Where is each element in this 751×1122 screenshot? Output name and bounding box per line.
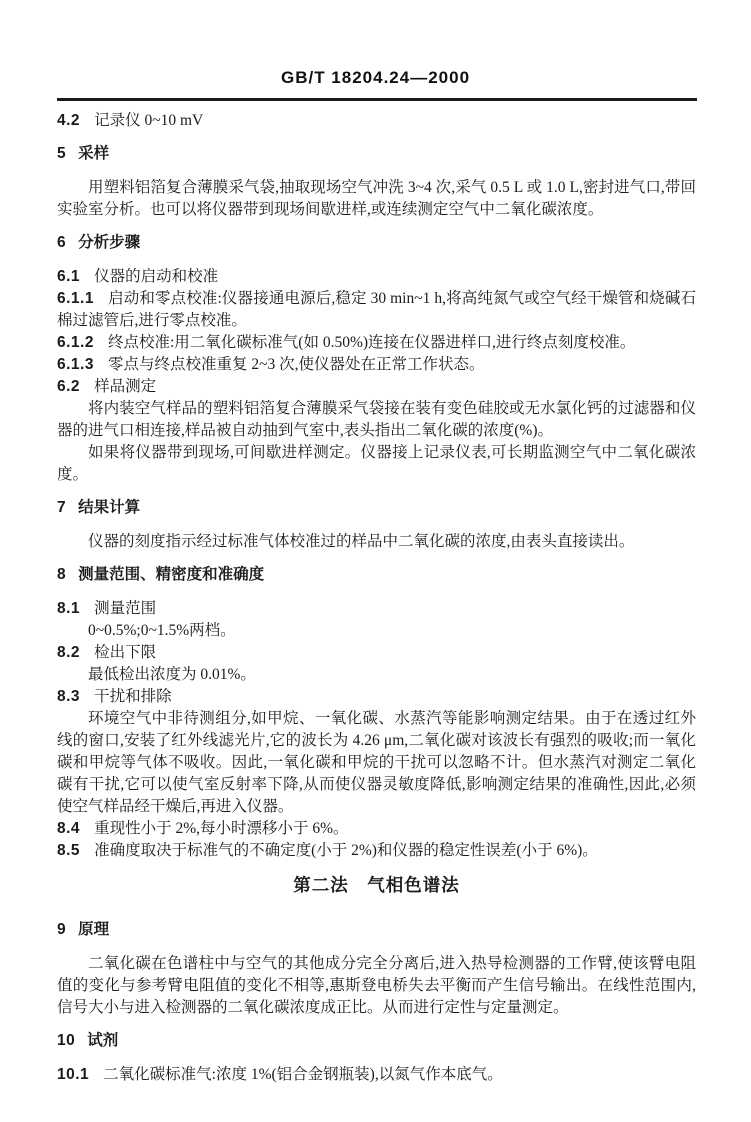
section-title: 采样 <box>78 145 109 162</box>
standard-number-header: GB/T 18204.24—2000 <box>0 68 751 88</box>
section-heading-9: 9原理 <box>57 919 696 941</box>
document-body: 4.2记录仪 0~10 mV 5采样 用塑料铝箔复合薄膜采气袋,抽取现场空气冲洗… <box>57 110 696 1086</box>
paragraph: 仪器的刻度指示经过标准气体校准过的样品中二氧化碳的浓度,由表头直接读出。 <box>57 531 696 553</box>
section-heading-7: 7结果计算 <box>57 497 696 519</box>
section-heading-8: 8测量范围、精密度和准确度 <box>57 564 696 586</box>
clause-number: 8.5 <box>57 842 80 859</box>
paragraph: 用塑料铝箔复合薄膜采气袋,抽取现场空气冲洗 3~4 次,采气 0.5 L 或 1… <box>57 177 696 221</box>
clause-text: 测量范围 <box>94 600 156 617</box>
clause-4-2: 4.2记录仪 0~10 mV <box>57 110 696 132</box>
clause-number: 10.1 <box>57 1066 89 1083</box>
clause-number: 6.1.2 <box>57 334 94 351</box>
paragraph: 如果将仪器带到现场,可间歇进样测定。仪器接上记录仪表,可长期监测空气中二氧化碳浓… <box>57 442 696 486</box>
section-heading-5: 5采样 <box>57 143 696 165</box>
clause-text: 干扰和排除 <box>94 688 172 705</box>
paragraph: 最低检出浓度为 0.01%。 <box>57 664 696 686</box>
clause-text: 检出下限 <box>94 644 156 661</box>
clause-number: 6.1 <box>57 268 80 285</box>
clause-6-1-1: 6.1.1启动和零点校准:仪器接通电源后,稳定 30 min~1 h,将高纯氮气… <box>57 288 696 332</box>
section-title: 测量范围、精密度和准确度 <box>78 566 264 583</box>
clause-text: 零点与终点校准重复 2~3 次,使仪器处在正常工作状态。 <box>108 356 485 373</box>
clause-8-5: 8.5准确度取决于标准气的不确定度(小于 2%)和仪器的稳定性误差(小于 6%)… <box>57 840 696 862</box>
clause-8-4: 8.4重现性小于 2%,每小时漂移小于 6%。 <box>57 818 696 840</box>
clause-number: 8.4 <box>57 820 80 837</box>
clause-number: 6.1.1 <box>57 290 94 307</box>
clause-text: 准确度取决于标准气的不确定度(小于 2%)和仪器的稳定性误差(小于 6%)。 <box>94 842 598 859</box>
clause-text: 样品测定 <box>94 378 156 395</box>
section-number: 7 <box>57 499 66 516</box>
clause-8-2: 8.2检出下限 <box>57 642 696 664</box>
section-title: 原理 <box>78 921 109 938</box>
clause-number: 4.2 <box>57 112 80 129</box>
clause-8-1: 8.1测量范围 <box>57 598 696 620</box>
document-page: GB/T 18204.24—2000 4.2记录仪 0~10 mV 5采样 用塑… <box>0 0 751 1122</box>
clause-10-1: 10.1二氧化碳标准气:浓度 1%(铝合金钢瓶装),以氮气作本底气。 <box>57 1064 696 1086</box>
clause-number: 8.3 <box>57 688 80 705</box>
header-rule <box>57 98 697 101</box>
clause-6-1: 6.1仪器的启动和校准 <box>57 266 696 288</box>
clause-text: 二氧化碳标准气:浓度 1%(铝合金钢瓶装),以氮气作本底气。 <box>103 1066 503 1083</box>
clause-number: 6.1.3 <box>57 356 94 373</box>
clause-text: 重现性小于 2%,每小时漂移小于 6%。 <box>94 820 348 837</box>
section-number: 9 <box>57 921 66 938</box>
section-title: 试剂 <box>87 1032 118 1049</box>
clause-text: 记录仪 0~10 mV <box>94 112 203 129</box>
section-heading-6: 6分析步骤 <box>57 232 696 254</box>
clause-text: 仪器的启动和校准 <box>94 268 218 285</box>
clause-6-2: 6.2样品测定 <box>57 376 696 398</box>
clause-number: 6.2 <box>57 378 80 395</box>
paragraph: 将内装空气样品的塑料铝箔复合薄膜采气袋接在装有变色硅胶或无水氯化钙的过滤器和仪器… <box>57 398 696 442</box>
section-number: 6 <box>57 234 66 251</box>
section-number: 5 <box>57 145 66 162</box>
section-number: 8 <box>57 566 66 583</box>
section-title: 分析步骤 <box>78 234 140 251</box>
section-heading-10: 10试剂 <box>57 1030 696 1052</box>
paragraph: 环境空气中非待测组分,如甲烷、一氧化碳、水蒸汽等能影响测定结果。由于在透过红外线… <box>57 708 696 818</box>
clause-6-1-3: 6.1.3零点与终点校准重复 2~3 次,使仪器处在正常工作状态。 <box>57 354 696 376</box>
clause-number: 8.2 <box>57 644 80 661</box>
clause-number: 8.1 <box>57 600 80 617</box>
clause-text: 终点校准:用二氧化碳标准气(如 0.50%)连接在仪器进样口,进行终点刻度校准。 <box>108 334 635 351</box>
section-number: 10 <box>57 1032 75 1049</box>
clause-text: 启动和零点校准:仪器接通电源后,稳定 30 min~1 h,将高纯氮气或空气经干… <box>57 290 696 329</box>
clause-8-3: 8.3干扰和排除 <box>57 686 696 708</box>
clause-6-1-2: 6.1.2终点校准:用二氧化碳标准气(如 0.50%)连接在仪器进样口,进行终点… <box>57 332 696 354</box>
section-title: 结果计算 <box>78 499 140 516</box>
paragraph: 0~0.5%;0~1.5%两档。 <box>57 620 696 642</box>
method-two-heading: 第二法 气相色谱法 <box>57 874 696 896</box>
paragraph: 二氧化碳在色谱柱中与空气的其他成分完全分离后,进入热导检测器的工作臂,使该臂电阻… <box>57 953 696 1019</box>
